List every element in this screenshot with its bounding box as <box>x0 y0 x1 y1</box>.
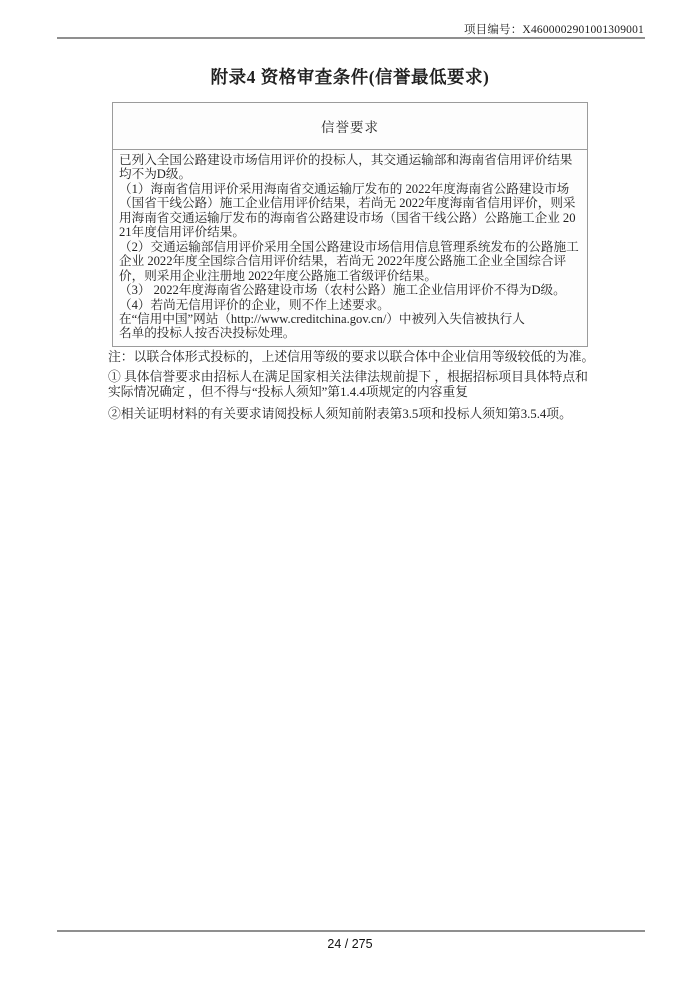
note-joint-bid: 注：以联合体形式投标的，上述信用等级的要求以联合体中企业信用等级较低的为准。 <box>108 350 648 365</box>
table-body-line: 企业 2022年度全国综合信用评价结果，若尚无 2022年度公路施工企业全国综合… <box>119 254 581 268</box>
document-page: 项目编号：X4600002901001309001 附录4 资格审查条件(信誉最… <box>0 0 700 990</box>
page-number: 24 / 275 <box>0 937 700 951</box>
table-body-line: （2）交通运输部信用评价采用全国公路建设市场信用信息管理系统发布的公路施工 <box>119 240 581 254</box>
table-body-line: （国省干线公路）施工企业信用评价结果，若尚无 2022年度海南省信用评价，则采 <box>119 196 581 210</box>
table-body-line: 在“信用中国”网站（http://www.creditchina.gov.cn/… <box>119 312 581 326</box>
page-title: 附录4 资格审查条件(信誉最低要求) <box>0 64 700 89</box>
credit-table-header-cell: 信誉要求 <box>113 103 587 150</box>
note-2: ②相关证明材料的有关要求请阅投标人须知前附表第3.5项和投标人须知第3.5.4项… <box>108 407 648 422</box>
project-number: 项目编号：X4600002901001309001 <box>464 21 644 37</box>
note-1-line-1: ① 具体信誉要求由招标人在满足国家相关法律法规前提下 ，根据招标项目具体特点和 <box>108 370 648 385</box>
notes-section: 注：以联合体形式投标的，上述信用等级的要求以联合体中企业信用等级较低的为准。 ①… <box>108 350 648 422</box>
table-body-line: 用海南省交通运输厅发布的海南省公路建设市场（国省干线公路）公路施工企业 20 <box>119 211 581 225</box>
note-1-line-2: 实际情况确定 ，但不得与“投标人须知”第1.4.4项规定的内容重复 <box>108 385 648 400</box>
table-body-line: （4）若尚无信用评价的企业，则不作上述要求。 <box>119 298 581 312</box>
table-body-line: 名单的投标人按否决投标处理。 <box>119 326 581 340</box>
header-rule <box>57 37 645 39</box>
table-body-line: （1）海南省信用评价采用海南省交通运输厅发布的 2022年度海南省公路建设市场 <box>119 182 581 196</box>
table-body-line: 价，则采用企业注册地 2022年度公路施工省级评价结果。 <box>119 269 581 283</box>
footer-rule <box>57 930 645 932</box>
credit-table-body-cell: 已列入全国公路建设市场信用评价的投标人，其交通运输部和海南省信用评价结果 均不为… <box>113 150 587 346</box>
table-body-line: （3） 2022年度海南省公路建设市场（农村公路）施工企业信用评价不得为D级。 <box>119 283 581 297</box>
table-body-line: 21年度信用评价结果。 <box>119 225 581 239</box>
table-body-line: 已列入全国公路建设市场信用评价的投标人，其交通运输部和海南省信用评价结果 <box>119 153 581 167</box>
credit-requirements-table: 信誉要求 已列入全国公路建设市场信用评价的投标人，其交通运输部和海南省信用评价结… <box>112 102 588 347</box>
table-body-line: 均不为D级。 <box>119 167 581 181</box>
